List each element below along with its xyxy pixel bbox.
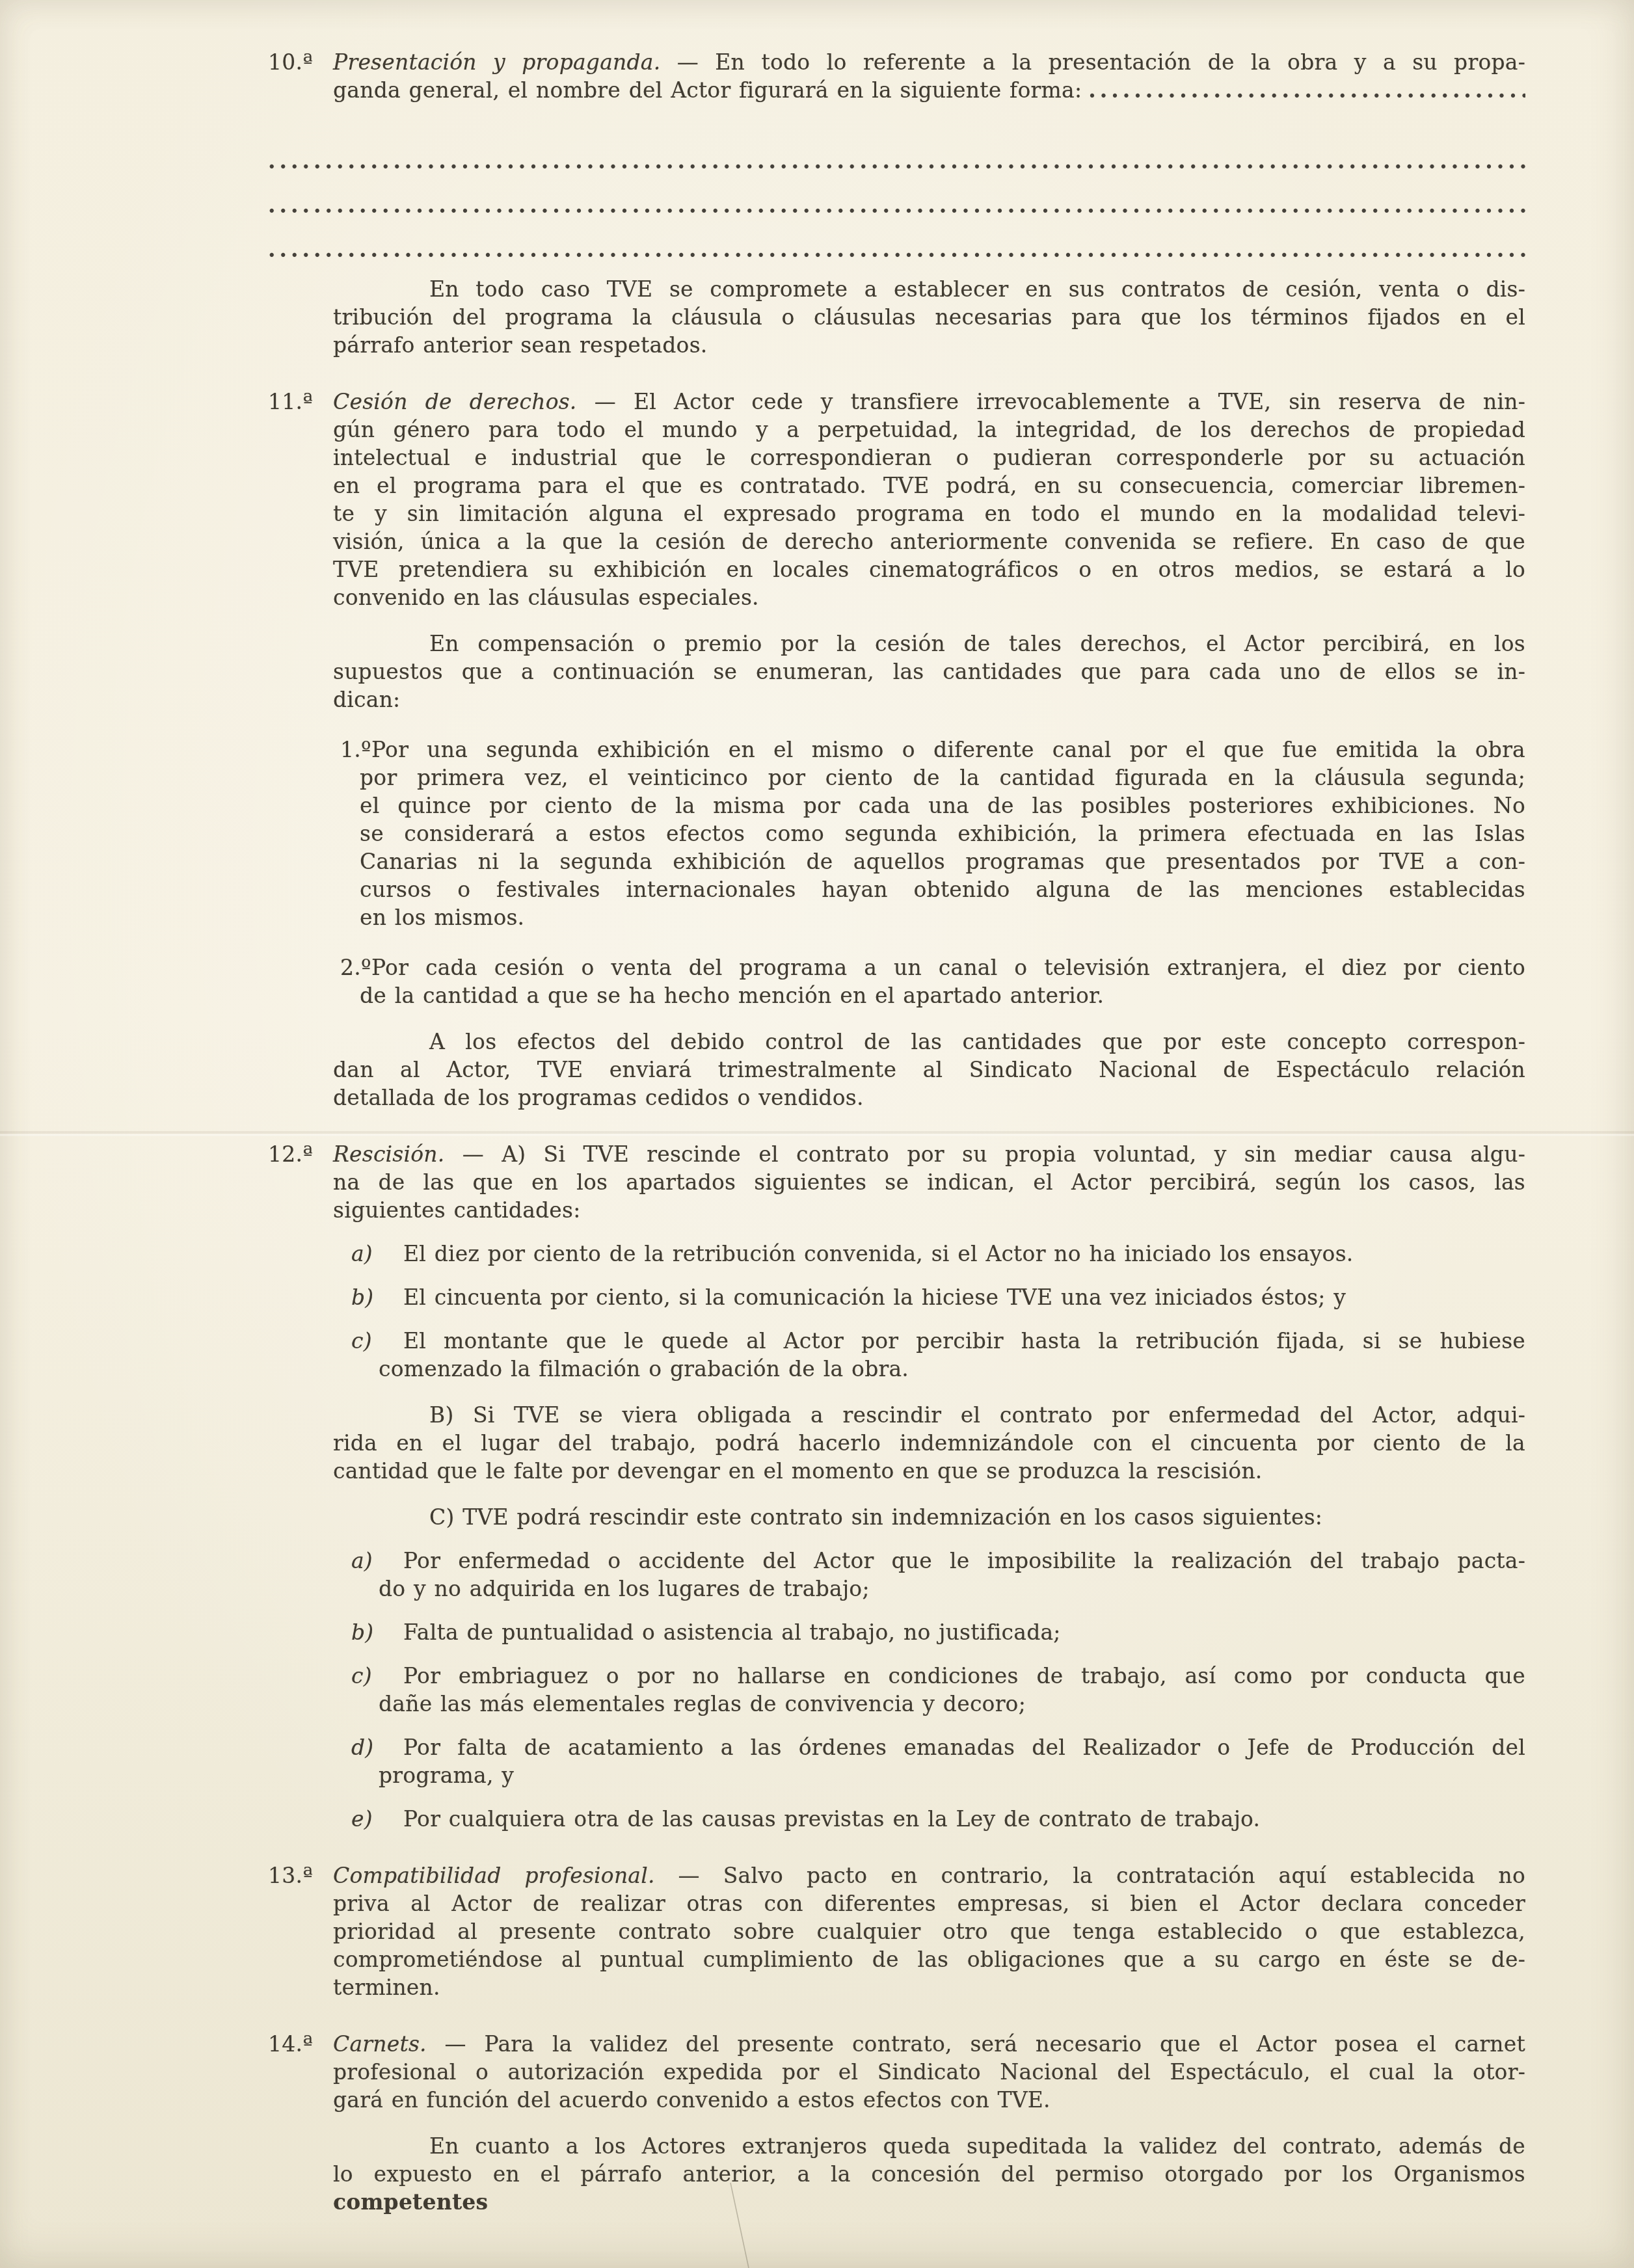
text-line: convenido en las cláusulas especiales. [333, 583, 1525, 611]
clause-number: 13.ª [268, 1861, 328, 1889]
text-line: dan al Actor, TVE enviará trimestralment… [333, 1056, 1525, 1084]
text-line: gún género para todo el mundo y a perpet… [333, 416, 1525, 444]
text-line: TVE pretendiera su exhibición en locales… [333, 555, 1525, 583]
item-number: d) [351, 1733, 390, 1761]
item-12C-d: d)Por falta de acatamiento a las órdenes… [379, 1733, 1525, 1789]
text-line: Cesión de derechos. — El Actor cede y tr… [333, 388, 1525, 416]
clause-number: 14.ª [268, 2030, 328, 2058]
item-number: b) [351, 1618, 390, 1646]
clause-12: 12.ªRescisión. — A) Si TVE rescinde el c… [333, 1140, 1525, 1224]
clause-14: 14.ªCarnets. — Para la validez del prese… [333, 2030, 1525, 2114]
item-number: 2.º [340, 954, 379, 981]
text-line: Canarias ni la segunda exhibición de aqu… [360, 847, 1525, 875]
item-12C-e: e)Por cualquiera otra de las causas prev… [379, 1805, 1525, 1833]
text-line: Rescisión. — A) Si TVE rescinde el contr… [333, 1140, 1525, 1168]
text-line: te y sin limitación alguna el expresado … [333, 500, 1525, 527]
text-line: En compensación o premio por la cesión d… [333, 630, 1525, 658]
item-12C-a: a)Por enfermedad o accidente del Actor q… [379, 1547, 1525, 1603]
text-line: en los mismos. [360, 903, 1525, 931]
item-12C-c: c)Por embriaguez o por no hallarse en co… [379, 1662, 1525, 1718]
paragraph-compensacion: En compensación o premio por la cesión d… [333, 630, 1525, 714]
text-line: comenzado la filmación o grabación de la… [379, 1355, 1525, 1383]
text-line: ganda general, el nombre del Actor figur… [333, 76, 1082, 104]
text-line: C) TVE podrá rescindir este contrato sin… [333, 1503, 1525, 1531]
item-number: e) [351, 1805, 390, 1833]
text-line: Presentación y propaganda. — En todo lo … [333, 48, 1525, 76]
dotted-blank-line: ........................................… [268, 147, 1525, 175]
text-line: Por falta de acatamiento a las órdenes e… [379, 1733, 1525, 1761]
text-line: profesional o autorización expedida por … [333, 2058, 1525, 2086]
text-line: En todo caso TVE se compromete a estable… [333, 275, 1525, 303]
text-line: gará en función del acuerdo convenido a … [333, 2086, 1525, 2114]
text-line: competentes [333, 2188, 1525, 2216]
text-line: siguientes cantidades: [333, 1196, 1525, 1224]
text-line: prioridad al presente contrato sobre cua… [333, 1917, 1525, 1945]
clause-title: Carnets. [333, 2031, 427, 2057]
text-line: cantidad que le falte por devengar en el… [333, 1457, 1525, 1485]
text-line: lo expuesto en el párrafo anterior, a la… [333, 2160, 1525, 2188]
item-number: a) [351, 1240, 390, 1268]
dotted-blank-line-2: ........................................… [333, 191, 1525, 219]
clause-10: 10.ªPresentación y propaganda. — En todo… [333, 48, 1525, 104]
text-line: En cuanto a los Actores extranjeros qued… [333, 2132, 1525, 2160]
clause-title: Rescisión. [333, 1141, 444, 1167]
text-line: El cincuenta por ciento, si la comunicac… [379, 1283, 1525, 1311]
item-number: 1.º [340, 736, 379, 764]
dot-leaders: ........................................… [1088, 76, 1525, 104]
text-line: de la cantidad a que se ha hecho mención… [360, 981, 1525, 1009]
text-line: Por una segunda exhibición en el mismo o… [360, 736, 1525, 764]
text-line: visión, única a la que la cesión de dere… [333, 527, 1525, 555]
text-line: detallada de los programas cedidos o ven… [333, 1084, 1525, 1112]
text-line: priva al Actor de realizar otras con dif… [333, 1889, 1525, 1917]
text-line: comprometiéndose al puntual cumplimiento… [333, 1945, 1525, 1973]
text-line: A los efectos del debido control de las … [333, 1028, 1525, 1056]
item-12b: b)El cincuenta por ciento, si la comunic… [379, 1283, 1525, 1311]
paragraph-compromiso-cesion: En todo caso TVE se compromete a estable… [333, 275, 1525, 359]
clause-number: 12.ª [268, 1140, 328, 1168]
text-line: el quince por ciento de la misma por cad… [360, 792, 1525, 820]
text-line: rida en el lugar del trabajo, podrá hace… [333, 1429, 1525, 1457]
item-number: a) [351, 1547, 390, 1575]
item-number: c) [351, 1327, 390, 1355]
page: 10.ªPresentación y propaganda. — En todo… [0, 0, 1634, 2268]
text-line: dañe las más elementales reglas de convi… [379, 1690, 1525, 1718]
text-line: dican: [333, 686, 1525, 714]
paragraph-12B: B) Si TVE se viera obligada a rescindir … [333, 1401, 1525, 1485]
clause-title: Cesión de derechos. [333, 389, 577, 414]
dotted-blank-line-1: ........................................… [333, 147, 1525, 175]
clause-number: 11.ª [268, 388, 328, 416]
text-line: El diez por ciento de la retribución con… [379, 1240, 1525, 1268]
clause-number: 10.ª [268, 48, 328, 76]
text-line: cursos o festivales internacionales haya… [360, 875, 1525, 903]
item-12c: c)El montante que le quede al Actor por … [379, 1327, 1525, 1383]
paragraph-control-cantidades: A los efectos del debido control de las … [333, 1028, 1525, 1112]
text-line: supuestos que a continuación se enumeran… [333, 658, 1525, 686]
text-line: Falta de puntualidad o asistencia al tra… [379, 1618, 1525, 1646]
text-line: ganda general, el nombre del Actor figur… [333, 76, 1525, 104]
text-line: párrafo anterior sean respetados. [333, 331, 1525, 359]
text-line: terminen. [333, 1973, 1525, 2001]
text-line: na de las que en los apartados siguiente… [333, 1168, 1525, 1196]
text-line: Por embriaguez o por no hallarse en cond… [379, 1662, 1525, 1690]
text-line: do y no adquirida en los lugares de trab… [379, 1575, 1525, 1603]
text-line: por primera vez, el veinticinco por cien… [360, 764, 1525, 792]
text-line: se considerará a estos efectos como segu… [360, 820, 1525, 847]
clause-13: 13.ªCompatibilidad profesional. — Salvo … [333, 1861, 1525, 2001]
text-line: Por cualquiera otra de las causas previs… [379, 1805, 1525, 1833]
text-line: Por cada cesión o venta del programa a u… [360, 954, 1525, 981]
clause-title: Presentación y propaganda. [333, 49, 660, 75]
contract-text: 10.ªPresentación y propaganda. — En todo… [333, 48, 1525, 2216]
text-line: Compatibilidad profesional. — Salvo pact… [333, 1861, 1525, 1889]
paragraph-actores-extranjeros: En cuanto a los Actores extranjeros qued… [333, 2132, 1525, 2216]
text-line: programa, y [379, 1761, 1525, 1789]
text-line: El montante que le quede al Actor por pe… [379, 1327, 1525, 1355]
item-number: b) [351, 1283, 390, 1311]
clause-title: Compatibilidad profesional. [333, 1863, 655, 1888]
item-12a: a)El diez por ciento de la retribución c… [379, 1240, 1525, 1268]
item-1: 1.ºPor una segunda exhibición en el mism… [360, 736, 1525, 931]
dotted-blank-line: ........................................… [268, 191, 1525, 219]
dotted-blank-line-3: ........................................… [333, 235, 1525, 263]
text-line: Por enfermedad o accidente del Actor que… [379, 1547, 1525, 1575]
text-line: B) Si TVE se viera obligada a rescindir … [333, 1401, 1525, 1429]
text-line: intelectual e industrial que le correspo… [333, 444, 1525, 472]
text-line: Carnets. — Para la validez del presente … [333, 2030, 1525, 2058]
clause-11: 11.ªCesión de derechos. — El Actor cede … [333, 388, 1525, 611]
paragraph-12C: C) TVE podrá rescindir este contrato sin… [333, 1503, 1525, 1531]
text-line: tribución del programa la cláusula o clá… [333, 303, 1525, 331]
item-12C-b: b)Falta de puntualidad o asistencia al t… [379, 1618, 1525, 1646]
item-number: c) [351, 1662, 390, 1690]
dotted-blank-line: ........................................… [268, 235, 1525, 263]
item-2: 2.ºPor cada cesión o venta del programa … [360, 954, 1525, 1009]
text-line: en el programa para el que es contratado… [333, 472, 1525, 500]
